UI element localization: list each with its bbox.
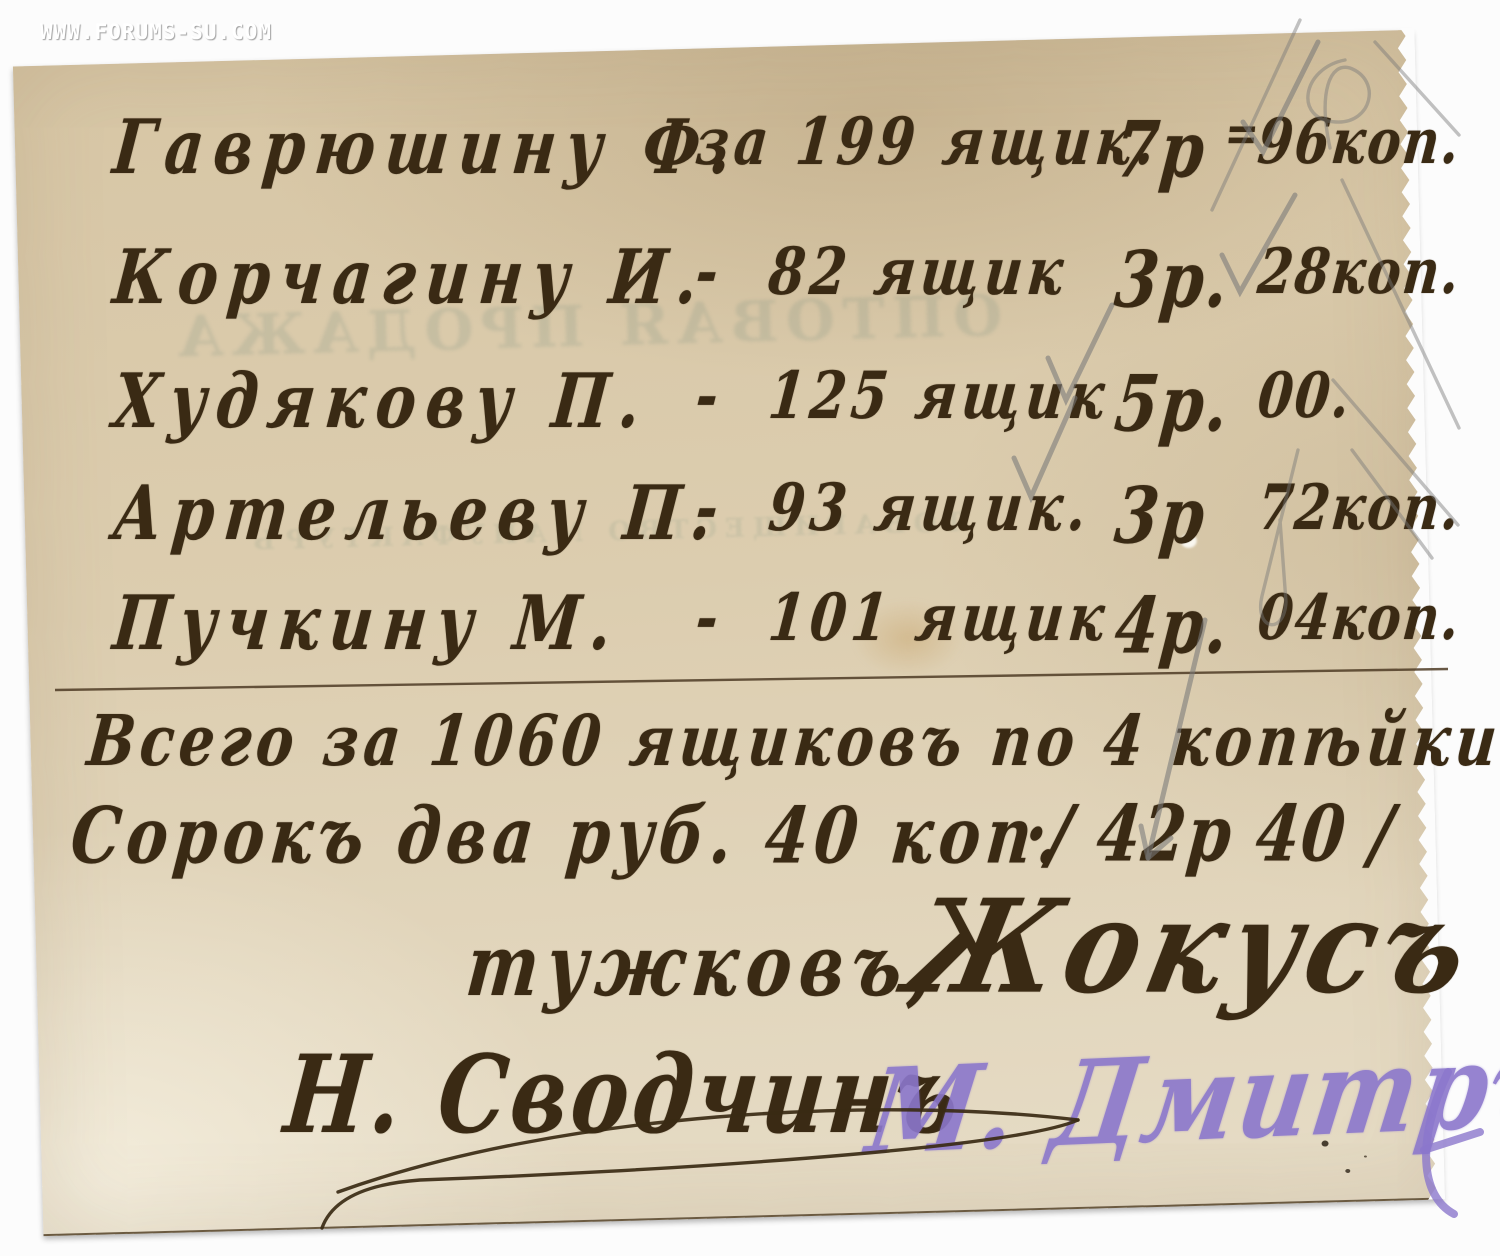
ledger-row: Худякову П. - 125 ящик 5р. 00.	[0, 358, 1500, 448]
payee-name: Гаврюшину Ф.	[109, 104, 745, 192]
rubles: 3р	[1111, 470, 1210, 561]
kopecks: 96коп.	[1255, 104, 1465, 178]
quantity: - 101 ящик	[693, 580, 1113, 656]
kopecks: 04коп.	[1255, 580, 1465, 654]
quantity: за 199 ящик.	[693, 104, 1164, 180]
ledger-row: Артельеву П. - 93 ящик. 3р 72коп.	[0, 470, 1500, 560]
total-line-boxes: Всего за 1060 ящиковъ по 4 копѣйки и	[84, 700, 1500, 783]
scanned-receipt-photo: ОПТОВАЯ ПРОДАЖА ТОВАРИЩЕСТВО МАНУФАКТУРЪ…	[0, 0, 1500, 1256]
payee-name: Артельеву П.	[109, 470, 726, 558]
equals-sign: =	[1222, 104, 1261, 163]
rubles: 7р	[1111, 104, 1210, 195]
total-line-words: Сорокъ два руб. 40 коп.	[67, 790, 1070, 881]
handwritten-content: Гаврюшину Ф. за 199 ящик. 7р = 96коп. Ко…	[0, 0, 1500, 1256]
quantity: - 82 ящик	[693, 234, 1072, 310]
signature-right: Жокусъ	[895, 872, 1490, 1023]
quantity: - 125 ящик	[693, 358, 1113, 434]
rubles: 3р.	[1111, 234, 1234, 325]
signature-purple-pencil: М. Дмитръ	[860, 1015, 1500, 1182]
payee-name: Корчагину И.	[109, 234, 711, 322]
rubles: 4р.	[1111, 580, 1234, 671]
ledger-row: Корчагину И. - 82 ящик 3р. 28коп.	[0, 234, 1500, 324]
rubles: 5р.	[1111, 358, 1234, 449]
quantity: - 93 ящик.	[693, 470, 1095, 546]
kopecks: 00.	[1255, 358, 1355, 432]
payee-name: Пучкину М.	[109, 580, 625, 668]
ledger-row: Пучкину М. - 101 ящик 4р. 04коп.	[0, 580, 1500, 670]
payee-name: Худякову П.	[109, 358, 654, 446]
kopecks: 72коп.	[1255, 470, 1465, 544]
total-amount: ·/ 42р 40 /	[1021, 788, 1400, 879]
ledger-row: Гаврюшину Ф. за 199 ящик. 7р = 96коп.	[0, 104, 1500, 194]
kopecks: 28коп.	[1255, 234, 1465, 308]
signature-center: тужковъ,	[462, 916, 946, 1016]
